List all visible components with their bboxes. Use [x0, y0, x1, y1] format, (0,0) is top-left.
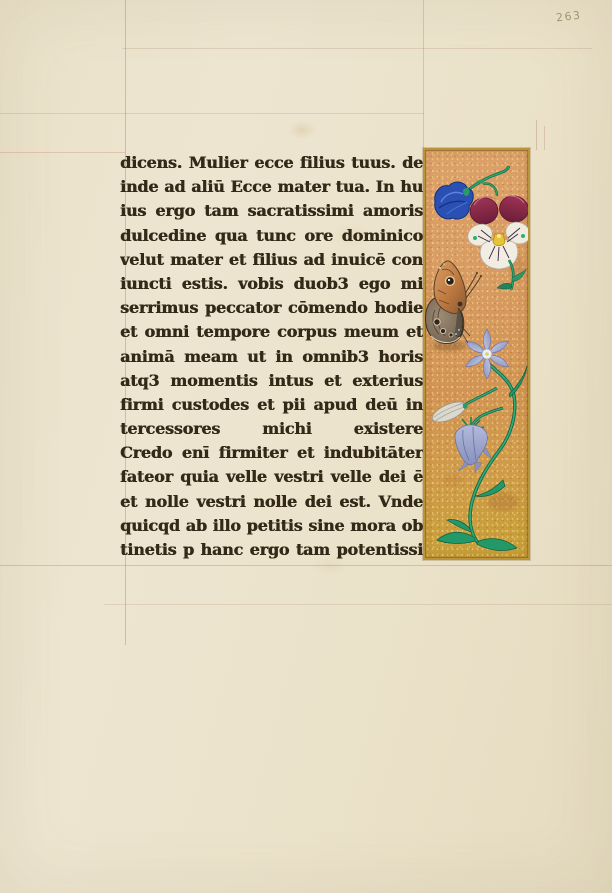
text-line: dicens. Mulier ecce filius tuus. de: [120, 151, 423, 175]
ruling-line-horizontal-left-mid: [0, 152, 125, 153]
ruling-line-vertical-right: [423, 0, 424, 150]
butterfly-illustration: [425, 261, 482, 344]
text-line: tercessores michi existere dignemī.: [120, 417, 423, 441]
ruling-line-horizontal-bottom-1: [0, 565, 612, 566]
text-line: quicqd ab illo petitis sine mora ob: [120, 514, 423, 538]
text-block: dicens. Mulier ecce filius tuus. de inde…: [120, 151, 423, 562]
manuscript-page: 263 dicens. Mulier ecce filius tuus. de …: [0, 0, 612, 893]
ruling-line-horizontal-bottom-2: [104, 604, 612, 605]
text-line: iuncti estis. vobis duob3 ego mi: [120, 272, 423, 296]
text-line: Credo enī firmiter et indubitāter: [120, 441, 423, 465]
text-line: tinetis p hanc ergo tam potentissi: [120, 538, 423, 562]
ruling-line-horizontal-top-2: [0, 113, 424, 114]
ruling-line-vertical-panel-a: [536, 120, 537, 150]
text-line: inde ad aliū Ecce mater tua. In hu: [120, 175, 423, 199]
text-line: et omni tempore corpus meum et: [120, 320, 423, 344]
text-line: et nolle vestri nolle dei est. Vnde: [120, 490, 423, 514]
text-line: atq3 momentis intus et exterius: [120, 369, 423, 393]
text-line: serrimus peccator cōmendo hodie: [120, 296, 423, 320]
flowers-and-butterfly-illustration: [425, 150, 528, 558]
text-line: fateor quia velle vestri velle dei ē: [120, 465, 423, 489]
ruling-line-vertical-panel-b: [544, 126, 545, 150]
folio-number: 263: [555, 8, 582, 24]
bellflower-illustration: [430, 329, 527, 551]
text-line: velut mater et filius ad inuicē con: [120, 248, 423, 272]
bellflower-bell: [455, 417, 492, 473]
border-miniature-panel: [423, 148, 530, 560]
text-line: firmi custodes et pii apud deū in: [120, 393, 423, 417]
text-line: animā meam ut in omnib3 horis: [120, 345, 423, 369]
text-line: ius ergo tam sacratissimi amoris: [120, 199, 423, 223]
ruling-line-horizontal-top-1: [122, 48, 592, 49]
bellflower-bud: [430, 398, 469, 426]
text-line: dulcedine qua tunc ore dominico: [120, 224, 423, 248]
bellflower-star: [464, 329, 511, 379]
